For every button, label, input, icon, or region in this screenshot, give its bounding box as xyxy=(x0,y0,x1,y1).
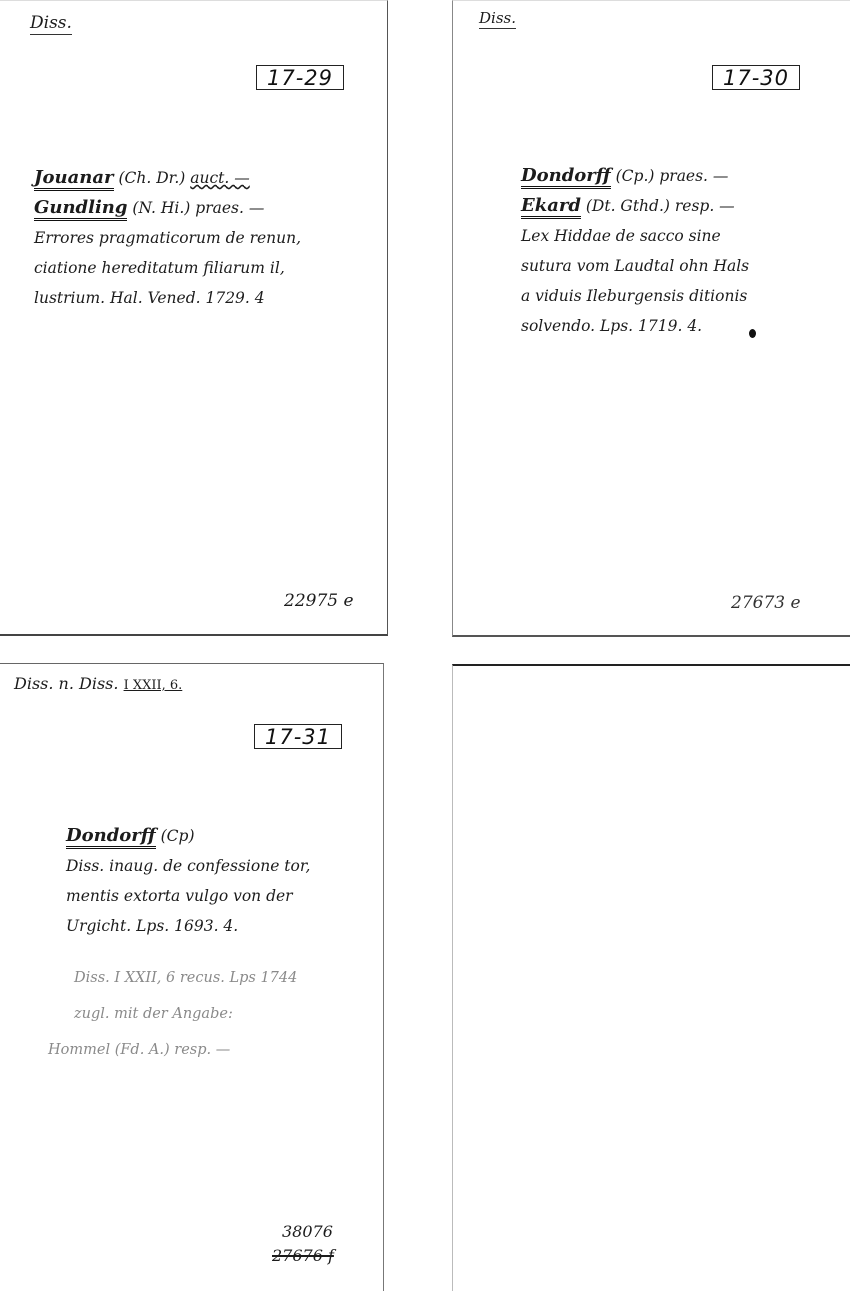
title-line: ciatione hereditatum filiarum il, xyxy=(34,253,301,283)
title-line: lustrium. Hal. Vened. 1729. 4 xyxy=(34,283,301,313)
title-line: sutura vom Laudtal ohn Hals xyxy=(521,251,749,281)
title-line: Diss. inaug. de confessione tor, xyxy=(66,851,311,881)
title-line: Errores pragmaticorum de renun, xyxy=(34,223,301,253)
pencil-note-line: Hommel (Fd. A.) resp. — xyxy=(48,1032,297,1068)
praeses-role: praes. — xyxy=(659,167,728,185)
respondent-role: resp. — xyxy=(675,197,735,215)
entry-heading-line-2: Gundling (N. Hi.) praes. — xyxy=(34,193,301,223)
entry-heading-line-1: Dondorff (Cp) xyxy=(66,821,311,851)
catalog-entry: Jouanar (Ch. Dr.) auct. — Gundling (N. H… xyxy=(34,163,301,313)
shelfmark-box: 17-30 xyxy=(712,65,800,90)
category-label: Diss. xyxy=(479,9,516,29)
shelfmark-box: 17-29 xyxy=(256,65,344,90)
pencil-annotation: Diss. I XXII, 6 recus. Lps 1744 zugl. mi… xyxy=(48,960,297,1068)
praeses-qualifier: (Cp.) xyxy=(616,167,655,185)
praeses-name: Gundling xyxy=(34,197,127,221)
category-label: Diss. xyxy=(30,13,72,35)
shelfmark-box: 17-31 xyxy=(254,724,342,749)
catalog-entry: Dondorff (Cp.) praes. — Ekard (Dt. Gthd.… xyxy=(521,161,749,341)
accession-number: 27673 e xyxy=(731,593,801,613)
accession-number: 38076 xyxy=(282,1222,333,1241)
praeses-name: Dondorff xyxy=(521,165,611,189)
catalog-card-17-30: Diss. 17-30 Dondorff (Cp.) praes. — Ekar… xyxy=(452,0,850,637)
author-qualifier: (Ch. Dr.) xyxy=(118,169,185,187)
accession-number: 22975 e xyxy=(284,591,354,611)
title-line: solvendo. Lps. 1719. 4. xyxy=(521,311,749,341)
pencil-note-line: zugl. mit der Angabe: xyxy=(48,996,297,1032)
entry-heading-line-1: Jouanar (Ch. Dr.) auct. — xyxy=(34,163,301,193)
author-name: Jouanar xyxy=(34,167,114,191)
catalog-card-17-31: Diss. n. Diss. I XXII, 6. 17-31 Dondorff… xyxy=(0,663,384,1291)
category-text: Diss. n. Diss. xyxy=(14,674,118,693)
praeses-qualifier: (N. Hi.) xyxy=(132,199,190,217)
entry-heading-line-2: Ekard (Dt. Gthd.) resp. — xyxy=(521,191,749,221)
entry-heading-line-1: Dondorff (Cp.) praes. — xyxy=(521,161,749,191)
pencil-note-line: Diss. I XXII, 6 recus. Lps 1744 xyxy=(48,960,297,996)
catalog-entry: Dondorff (Cp) Diss. inaug. de confession… xyxy=(66,821,311,941)
category-label: Diss. n. Diss. I XXII, 6. xyxy=(14,674,182,693)
catalog-card-17-29: Diss. 17-29 Jouanar (Ch. Dr.) auct. — Gu… xyxy=(0,0,388,636)
title-line: a viduis Ileburgensis ditionis xyxy=(521,281,749,311)
ink-blot xyxy=(749,329,756,338)
title-line: Lex Hiddae de sacco sine xyxy=(521,221,749,251)
author-qualifier: (Cp) xyxy=(161,827,195,845)
struck-accession-number: 27676 f xyxy=(272,1246,334,1265)
praeses-role: praes. — xyxy=(195,199,264,217)
author-name: Dondorff xyxy=(66,825,156,849)
category-reference: I XXII, 6. xyxy=(124,678,183,693)
title-line: Urgicht. Lps. 1693. 4. xyxy=(66,911,311,941)
author-role: auct. — xyxy=(190,169,250,187)
respondent-name: Ekard xyxy=(521,195,581,219)
catalog-card-blank xyxy=(452,664,850,1291)
title-line: mentis extorta vulgo von der xyxy=(66,881,311,911)
respondent-qualifier: (Dt. Gthd.) xyxy=(586,197,670,215)
